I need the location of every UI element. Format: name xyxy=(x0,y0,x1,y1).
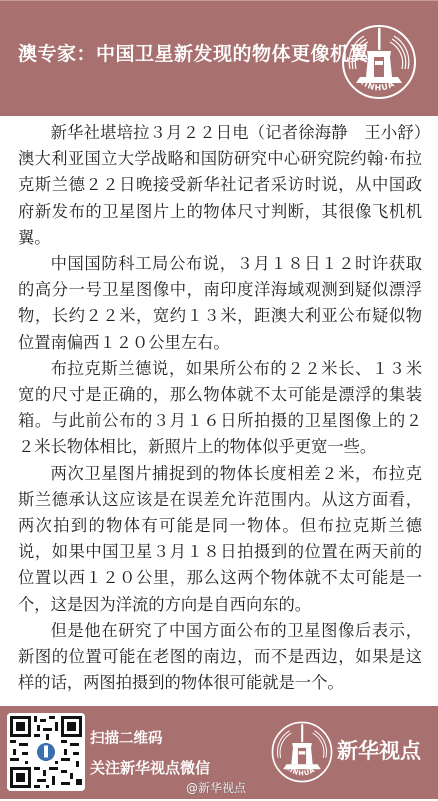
article-paragraph: 新华社堪培拉３月２２日电（记者徐海静 王小舒）澳大利亚国立大学战略和国防研究中心… xyxy=(18,120,422,251)
scan-qr-label: 扫描二维码 xyxy=(90,727,163,748)
footer-banner: 扫描二维码 关注新华视点微信 XINHUA 新华 xyxy=(0,706,438,799)
article-paragraph: 但是他在研究了中国方面公布的卫星图像后表示，新图的位置可能在老图的南边，而不是西… xyxy=(18,618,422,697)
page-title: 澳专家：中国卫星新发现的物体更像机翼 xyxy=(18,39,369,66)
follow-wechat-label: 关注新华视点微信 xyxy=(90,757,210,778)
article-paragraph: 布拉克斯兰德说，如果所公布的２２米长、１３米宽的尺寸是正确的，那么物体就不太可能… xyxy=(18,356,422,461)
article-body: 新华社堪培拉３月２２日电（记者徐海静 王小舒）澳大利亚国立大学战略和国防研究中心… xyxy=(18,120,422,696)
article-paragraph: 两次卫星图片捕捉到的物体长度相差２米，布拉克斯兰德承认这应该是在误差允许范围内。… xyxy=(18,461,422,618)
xinhua-logo-icon: XINHUA xyxy=(340,23,418,101)
xinhua-logo-icon: XINHUA xyxy=(270,720,334,784)
qr-code-icon[interactable] xyxy=(7,713,85,791)
weibo-watermark: @新华视点 xyxy=(186,779,246,796)
article-paragraph: 中国国防科工局公布说，３月１８日１２时许获取的高分一号卫星图像中，南印度洋海域观… xyxy=(18,251,422,356)
brand-name: 新华视点 xyxy=(337,735,421,765)
header-banner: 澳专家：中国卫星新发现的物体更像机翼 XINHUA xyxy=(0,0,438,116)
